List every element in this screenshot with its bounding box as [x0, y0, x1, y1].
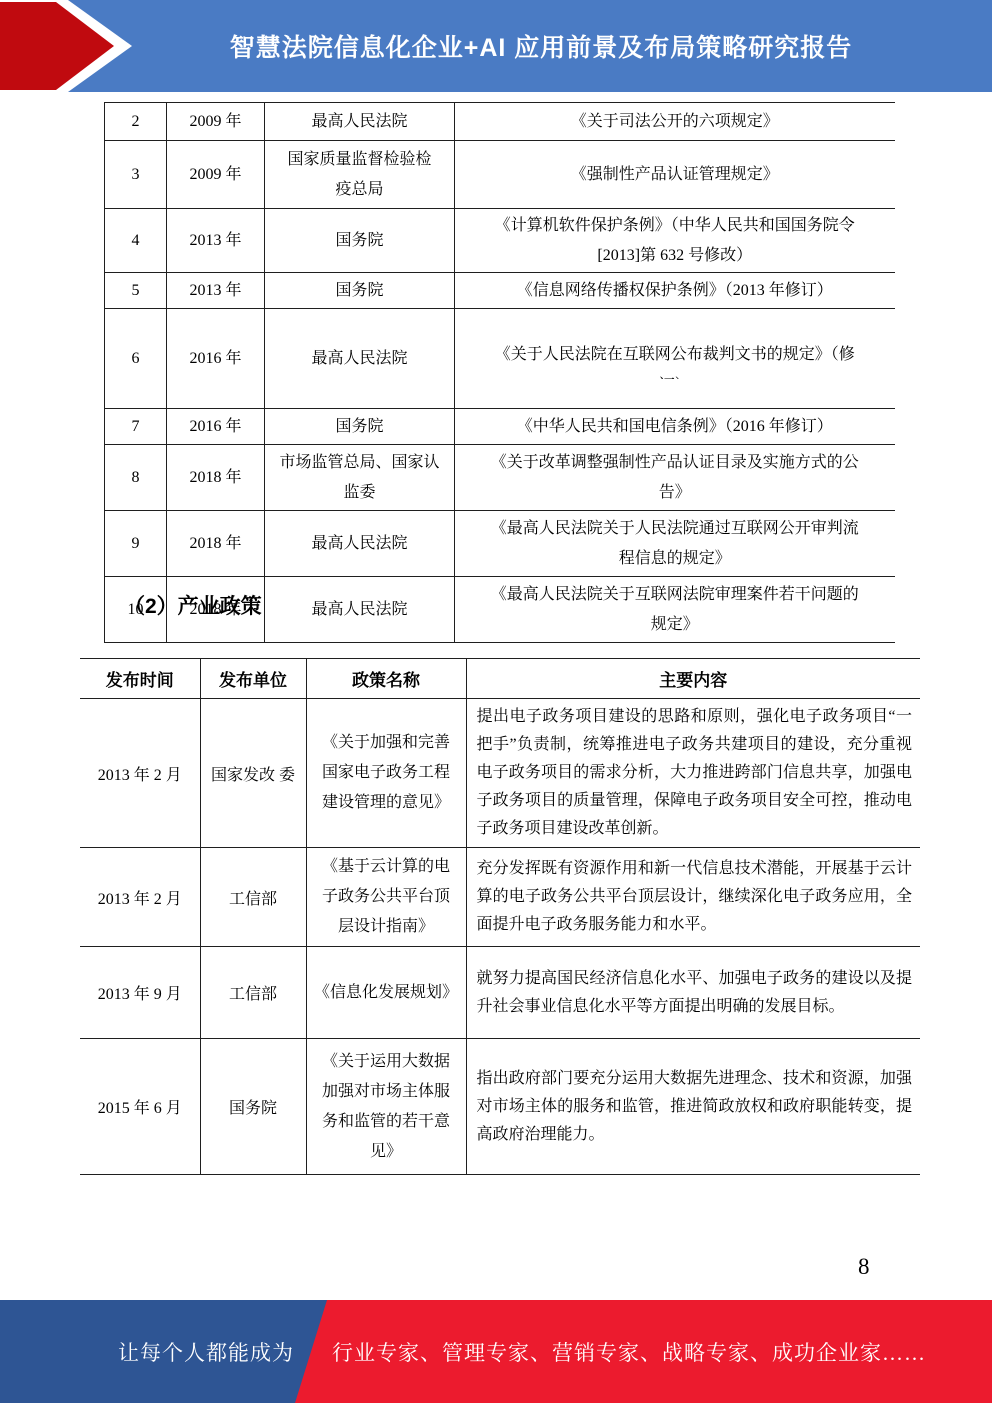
table-row: 8 2018 年 市场监管总局、国家认 监委 《关于改革调整强制性产品认证目录及…: [105, 445, 895, 511]
report-title: 智慧法院信息化企业+AI 应用前景及布局策略研究报告: [130, 0, 952, 92]
policy-cell: 《中华人民共和国电信条例》（2016 年修订）: [455, 409, 895, 445]
table-row: 2013 年 9 月 工信部 《信息化发展规划》 就努力提高国民经济信息化水平、…: [80, 947, 920, 1039]
year-cell: 2018 年: [167, 511, 265, 577]
table-row: 4 2013 年 国务院 《计算机软件保护条例》（中华人民共和国国务院令 [20…: [105, 209, 895, 273]
content-cell: 充分发挥既有资源作用和新一代信息技术潜能，开展基于云计算的电子政务公共平台顶层设…: [466, 848, 920, 947]
footer-slogan-right: 行业专家、管理专家、营销专家、战略专家、成功企业家……: [332, 1300, 926, 1403]
row-number: 6: [105, 309, 167, 409]
report-page: 智慧法院信息化企业+AI 应用前景及布局策略研究报告 2 2009 年 最高人民…: [0, 0, 992, 1403]
org-cell: 国务院: [265, 409, 455, 445]
time-cell: 2013 年 2 月: [80, 848, 200, 947]
table-row: 5 2013 年 国务院 《信息网络传播权保护条例》（2013 年修订）: [105, 273, 895, 309]
org-cell: 国务院: [265, 273, 455, 309]
row-number: 4: [105, 209, 167, 273]
policy-cell: 《关于司法公开的六项规定》: [455, 103, 895, 141]
org-cell: 国务院: [265, 209, 455, 273]
org-cell: 工信部: [200, 848, 306, 947]
row-number: 2: [105, 103, 167, 141]
policy-cell: 《关于加强和完善 国家电子政务工程 建设管理的意见》: [306, 699, 466, 848]
policy-cell: 《关于运用大数据 加强对市场主体服 务和监管的若干意 见》: [306, 1039, 466, 1175]
col-header-org: 发布单位: [200, 659, 306, 699]
footer-slogan-left: 让每个人都能成为: [118, 1300, 294, 1403]
year-cell: 2018 年: [167, 445, 265, 511]
content-cell: 就努力提高国民经济信息化水平、加强电子政务的建设以及提升社会事业信息化水平等方面…: [466, 947, 920, 1039]
col-header-policy: 政策名称: [306, 659, 466, 699]
red-arrow-icon: [0, 0, 150, 92]
time-cell: 2013 年 2 月: [80, 699, 200, 848]
row-number: 8: [105, 445, 167, 511]
org-cell: 国家质量监督检验检 疫总局: [265, 141, 455, 209]
year-cell: 2009 年: [167, 103, 265, 141]
policy-cell: 《信息化发展规划》: [306, 947, 466, 1039]
policy-cell: 《信息网络传播权保护条例》（2013 年修订）: [455, 273, 895, 309]
policy-cell: 《最高人民法院关于互联网法院审理案件若干问题的 规定》: [455, 577, 895, 643]
org-cell: 国家发改 委: [200, 699, 306, 848]
table-row: 9 2018 年 最高人民法院 《最高人民法院关于人民法院通过互联网公开审判流 …: [105, 511, 895, 577]
time-cell: 2013 年 9 月: [80, 947, 200, 1039]
year-cell: 2013 年: [167, 273, 265, 309]
row-number: 9: [105, 511, 167, 577]
org-cell: 最高人民法院: [265, 577, 455, 643]
footer-banner: 让每个人都能成为 行业专家、管理专家、营销专家、战略专家、成功企业家……: [0, 1300, 992, 1403]
content-cell: 提出电子政务项目建设的思路和原则，强化电子政务项目“一把手”负责制，统筹推进电子…: [466, 699, 920, 848]
org-cell: 最高人民法院: [265, 103, 455, 141]
org-cell: 最高人民法院: [265, 511, 455, 577]
policy-cell: 《关于改革调整强制性产品认证目录及实施方式的公 告》: [455, 445, 895, 511]
year-cell: 2013 年: [167, 209, 265, 273]
content-cell: 指出政府部门要充分运用大数据先进理念、技术和资源，加强对市场主体的服务和监管，推…: [466, 1039, 920, 1175]
table-row: 7 2016 年 国务院 《中华人民共和国电信条例》（2016 年修订）: [105, 409, 895, 445]
org-cell: 工信部: [200, 947, 306, 1039]
section-heading: （2）产业政策: [124, 590, 262, 620]
policy-cell: 《强制性产品认证管理规定》: [455, 141, 895, 209]
table-row: 2013 年 2 月 国家发改 委 《关于加强和完善 国家电子政务工程 建设管理…: [80, 699, 920, 848]
table-row: 2015 年 6 月 国务院 《关于运用大数据 加强对市场主体服 务和监管的若干…: [80, 1039, 920, 1175]
regulations-table: 2 2009 年 最高人民法院 《关于司法公开的六项规定》 3 2009 年 国…: [104, 102, 895, 643]
policy-cell-clipped: 《关于人民法院在互联网公布裁判文书的规定》（修 订）: [455, 309, 895, 409]
org-cell: 国务院: [200, 1039, 306, 1175]
table-row: 3 2009 年 国家质量监督检验检 疫总局 《强制性产品认证管理规定》: [105, 141, 895, 209]
row-number: 5: [105, 273, 167, 309]
table-row: 6 2016 年 最高人民法院 《关于人民法院在互联网公布裁判文书的规定》（修 …: [105, 309, 895, 409]
year-cell: 2009 年: [167, 141, 265, 209]
clipped-text: 《关于人民法院在互联网公布裁判文书的规定》（修 订）: [463, 339, 887, 379]
col-header-time: 发布时间: [80, 659, 200, 699]
policy-cell: 《计算机软件保护条例》（中华人民共和国国务院令 [2013]第 632 号修改）: [455, 209, 895, 273]
table-row: 2 2009 年 最高人民法院 《关于司法公开的六项规定》: [105, 103, 895, 141]
year-cell: 2016 年: [167, 409, 265, 445]
time-cell: 2015 年 6 月: [80, 1039, 200, 1175]
table-row: 2013 年 2 月 工信部 《基于云计算的电 子政务公共平台顶 层设计指南》 …: [80, 848, 920, 947]
col-header-content: 主要内容: [466, 659, 920, 699]
org-cell: 最高人民法院: [265, 309, 455, 409]
industry-policy-table: 发布时间 发布单位 政策名称 主要内容 2013 年 2 月 国家发改 委 《关…: [80, 658, 920, 1175]
table-header-row: 发布时间 发布单位 政策名称 主要内容: [80, 659, 920, 699]
year-cell: 2016 年: [167, 309, 265, 409]
policy-cell: 《基于云计算的电 子政务公共平台顶 层设计指南》: [306, 848, 466, 947]
policy-cell: 《最高人民法院关于人民法院通过互联网公开审判流 程信息的规定》: [455, 511, 895, 577]
row-number: 7: [105, 409, 167, 445]
header-banner: 智慧法院信息化企业+AI 应用前景及布局策略研究报告: [0, 0, 992, 92]
row-number: 3: [105, 141, 167, 209]
org-cell: 市场监管总局、国家认 监委: [265, 445, 455, 511]
page-number: 8: [858, 1254, 870, 1280]
